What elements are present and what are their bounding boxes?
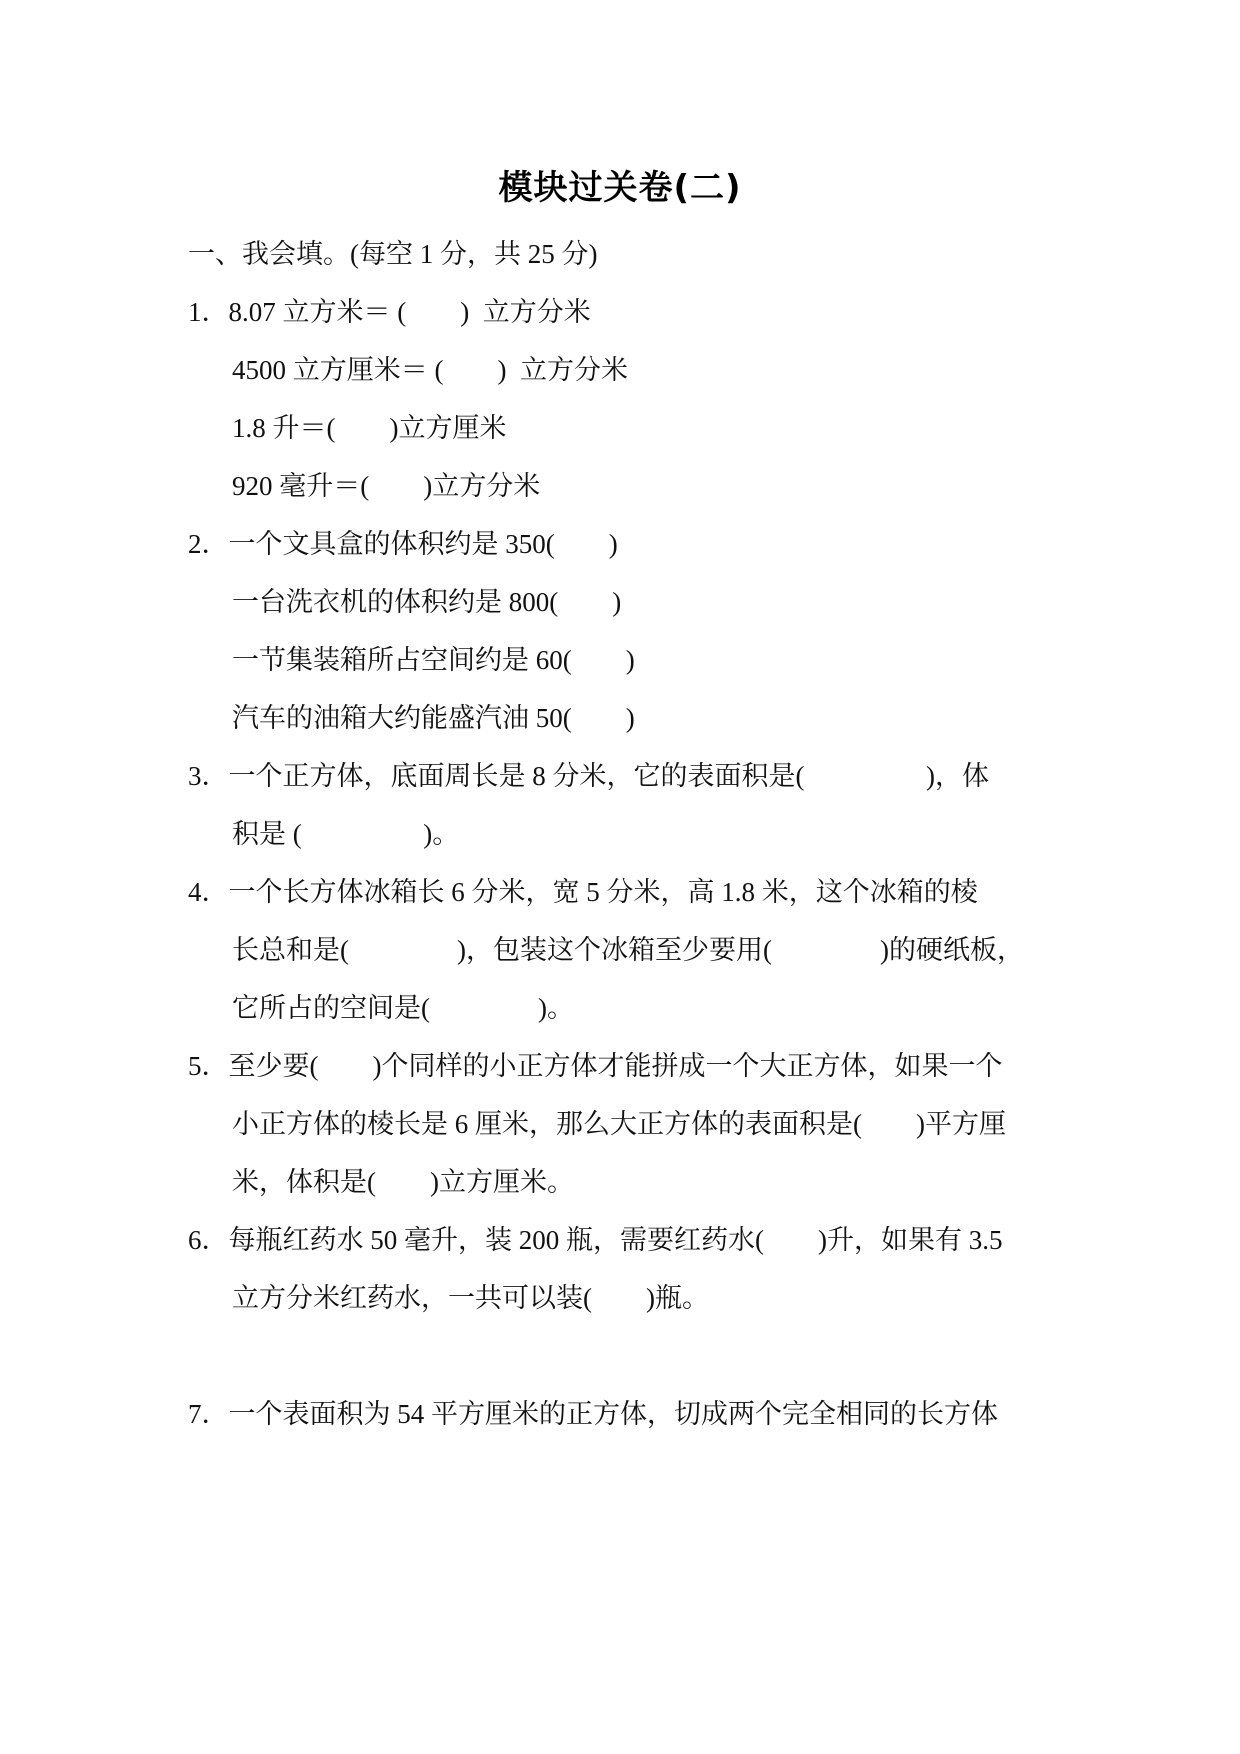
question-3-line-2: 积是 ( )。 [232,814,459,854]
exam-page: 模块过关卷(二) 一、我会填。(每空 1 分，共 25 分) 1．8.07 立方… [0,0,1240,1754]
question-7-line-1: 7．一个表面积为 54 平方厘米的正方体，切成两个完全相同的长方体 [188,1394,998,1434]
question-5-line-3: 米，体积是( )立方厘米。 [232,1162,574,1202]
question-2-line-2: 一台洗衣机的体积约是 800( ) [232,582,621,622]
question-1-line-2: 4500 立方厘米＝ ( ) 立方分米 [232,350,628,390]
question-4-line-2: 长总和是( )，包装这个冰箱至少要用( )的硬纸板， [232,930,1024,970]
question-2-line-1: 2．一个文具盒的体积约是 350( ) [188,524,618,564]
question-4-line-1: 4．一个长方体冰箱长 6 分米，宽 5 分米，高 1.8 米，这个冰箱的棱 [188,872,978,912]
question-4-line-3: 它所占的空间是( )。 [232,988,574,1028]
question-1-line-1: 1．8.07 立方米＝ ( ) 立方分米 [188,292,591,332]
question-3-line-1: 3．一个正方体，底面周长是 8 分米，它的表面积是( )，体 [188,756,989,796]
question-2-line-4: 汽车的油箱大约能盛汽油 50( ) [232,698,635,738]
question-6-line-2: 立方分米红药水，一共可以装( )瓶。 [232,1278,709,1318]
question-5-line-2: 小正方体的棱长是 6 厘米，那么大正方体的表面积是( )平方厘 [232,1104,1006,1144]
question-1-line-3: 1.8 升＝( )立方厘米 [232,408,506,448]
question-1-line-4: 920 毫升＝( )立方分米 [232,466,540,506]
question-6-line-1: 6．每瓶红药水 50 毫升，装 200 瓶，需要红药水( )升，如果有 3.5 [188,1220,1002,1260]
question-2-line-3: 一节集装箱所占空间约是 60( ) [232,640,635,680]
section-heading: 一、我会填。(每空 1 分，共 25 分) [188,234,597,274]
question-5-line-1: 5．至少要( )个同样的小正方体才能拼成一个大正方体，如果一个 [188,1046,1002,1086]
page-title: 模块过关卷(二) [0,160,1240,209]
